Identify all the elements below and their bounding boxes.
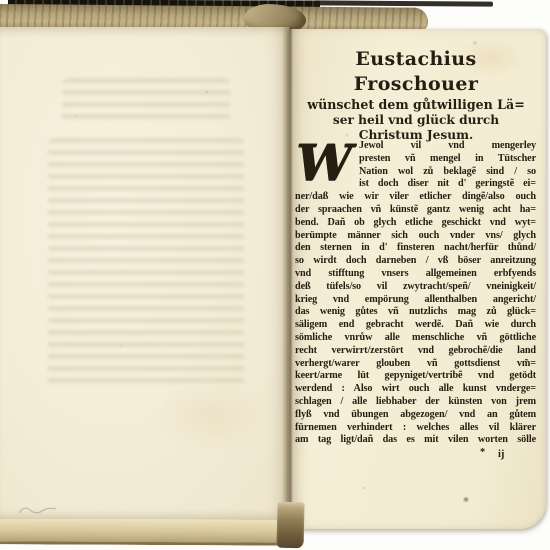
page-heading: Eustachius Froschouer wünschet dem gůtwi… xyxy=(294,47,538,143)
body-line: verhergt/warer glouben vñ gottsdienst vm… xyxy=(295,358,536,371)
body-line: deß tüfels/so vil zwytracht/speñ/ vneini… xyxy=(295,281,536,294)
body-line: ner/daß wie wir viler etlicher dingẽ/als… xyxy=(295,191,536,204)
ink-spot xyxy=(463,496,469,503)
heading-line-2: wünschet dem gůtwilligen Lä= xyxy=(294,97,538,113)
foxing-stain xyxy=(150,380,270,450)
signature-row: * ij xyxy=(295,447,536,463)
body-line: sömliche vnrůw alle menschliche vñ göttl… xyxy=(295,332,536,345)
pencil-mark xyxy=(16,502,62,518)
body-line: fürnemen verhindert : welches alles vil … xyxy=(295,422,536,435)
book-photo: Eustachius Froschouer wünschet dem gůtwi… xyxy=(0,0,550,550)
body-line: so wirdt doch darneben / vß böser anreit… xyxy=(295,255,536,268)
spine-tail-binding xyxy=(276,502,304,549)
book-bottom-edge xyxy=(0,517,304,546)
showthrough-text xyxy=(48,138,244,386)
body-line: keert/arme lüt gepyniget/vertribẽ vnd ge… xyxy=(295,370,536,383)
body-line: den sternen in d' finsteren nacht/herfür… xyxy=(295,242,536,255)
body-line: das wenig gůtes vñ nutzlichs mag zů glüc… xyxy=(295,306,536,319)
heading-line-1: Eustachius Froschouer xyxy=(294,47,538,97)
body-line: schlagen / alle liebhaber der künsten vo… xyxy=(295,396,536,409)
foxing-spot xyxy=(406,13,411,18)
body-line: der spraachen vñ künstẽ gantz wenig acht… xyxy=(295,204,536,217)
body-line: berümpte männer sich ouch vnder vns/ gly… xyxy=(295,230,536,243)
body-line: vnd stifftung vnsers allgemeinen erbfyen… xyxy=(295,268,536,281)
foxing-spot xyxy=(362,486,366,490)
signature-star: * xyxy=(480,447,485,458)
foxing-spot xyxy=(205,90,209,94)
body-text-block: W Jewol vil vnd mengerley presten vñ men… xyxy=(295,140,536,463)
body-line: recht verwirrt/zerstört vnd gebrochẽ/die… xyxy=(295,345,536,358)
signature-mark: ij xyxy=(498,449,504,460)
drop-cap-initial: W xyxy=(292,136,356,190)
body-line: bend. Dañ ob glych etliche geschickt vnd… xyxy=(295,217,536,230)
body-line: am tag ligt/dañ das es mit vilen worten … xyxy=(295,434,536,447)
heading-line-3: ser heil vnd glück durch xyxy=(294,113,538,128)
foxing-spot xyxy=(74,114,77,117)
body-line: krieg vnd empörung allenthalben angerich… xyxy=(295,294,536,307)
foxing-spot xyxy=(472,40,478,46)
body-line: säligem end gebracht werdẽ. Dañ wie durc… xyxy=(295,319,536,332)
showthrough-heading xyxy=(62,78,230,126)
body-line: flyß vnd übungen abgezogen/ vnd an gůtem xyxy=(295,409,536,422)
body-line: werdend : Also wirt ouch alle kunst vnde… xyxy=(295,383,536,396)
gutter-shadow xyxy=(282,27,293,521)
book-top-edge-dark-thin xyxy=(315,0,493,6)
foxing-spot xyxy=(120,344,123,347)
